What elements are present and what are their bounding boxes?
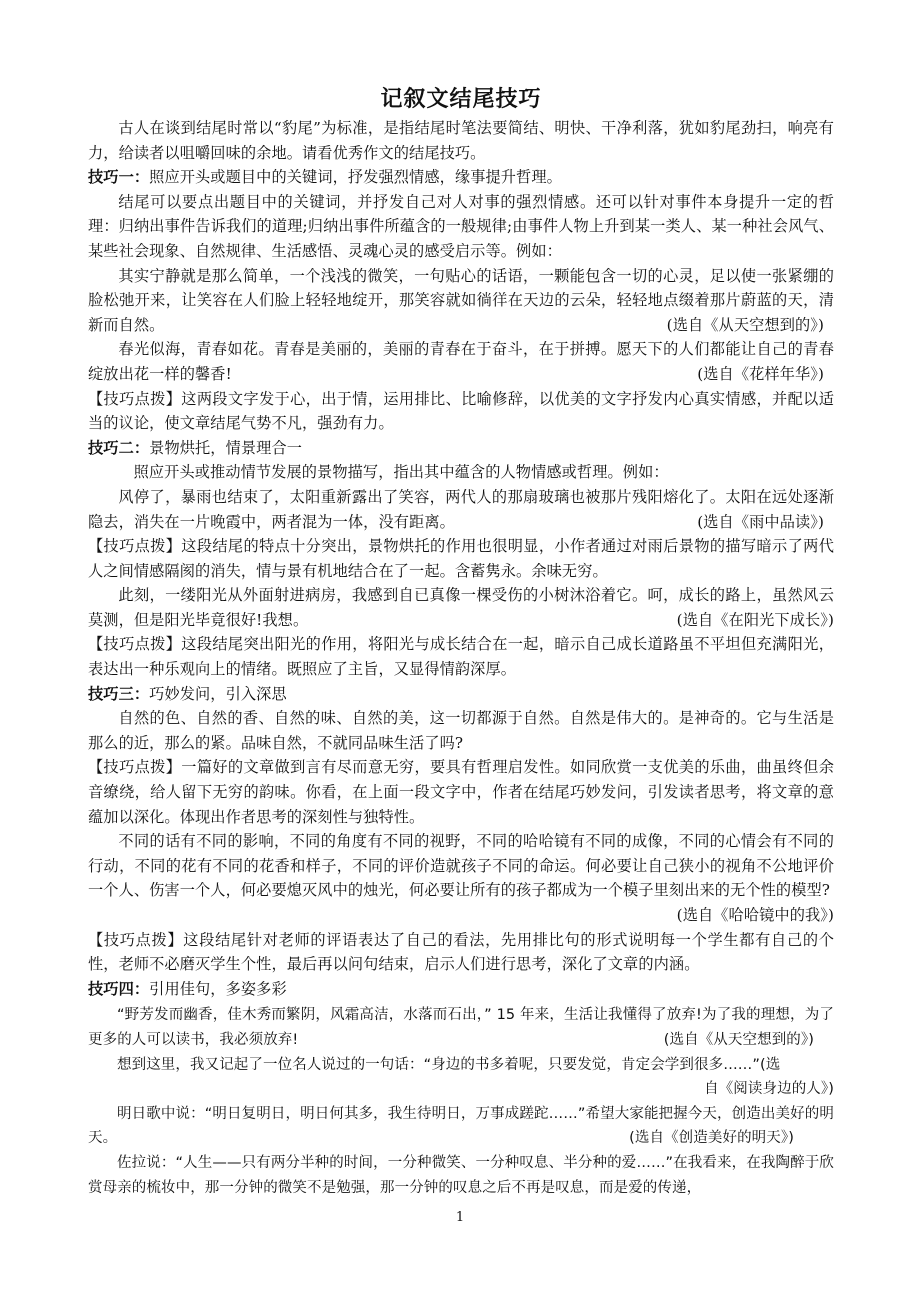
example-source: (选自《从天空想到的》): [636, 313, 824, 338]
example-paragraph: “野芳发而幽香，佳木秀而繁阴，风霜高洁，水落而石出，” 15 年来，生活让我懂得…: [88, 1003, 834, 1052]
section-heading-text: 照应开头或题目中的关键词，抒发强烈情感，缘事提升哲理。: [149, 168, 562, 186]
section-heading-2: 技巧二：景物烘托，情景理合一: [88, 436, 834, 461]
example-source: (选自《创造美好的明天》): [600, 1126, 794, 1151]
section-heading-4: 技巧四：引用佳句，多姿多彩: [88, 977, 834, 1002]
section-label: 技巧三：: [88, 685, 149, 703]
section-heading-text: 巧妙发问，引入深思: [149, 685, 287, 703]
section-heading-3: 技巧三：巧妙发问，引入深思: [88, 682, 834, 707]
example-text: 不同的话有不同的影响，不同的角度有不同的视野，不同的哈哈镜有不同的成像，不同的心…: [88, 832, 834, 899]
section-heading-1: 技巧一：照应开头或题目中的关键词，抒发强烈情感，缘事提升哲理。: [88, 165, 834, 190]
example-paragraph: 想到这里，我又记起了一位名人说过的一句话：“身边的书多着呢，只要发觉，肯定会学到…: [88, 1053, 834, 1078]
intro-paragraph: 古人在谈到结尾时常以“豹尾”为标准，是指结尾时笔法要简结、明快、干净利落，犹如豹…: [88, 116, 834, 165]
example-source: (选自《在阳光下成长》): [646, 608, 834, 633]
example-source: (选自《哈哈镜中的我》): [646, 903, 834, 928]
example-paragraph: 佐拉说：“人生——只有两分半种的时间，一分种微笑、一分种叹息、半分种的爱……”在…: [88, 1151, 834, 1200]
page-number: 1: [0, 1210, 920, 1225]
tip-paragraph: 【技巧点拨】这两段文字发于心，出于情，运用排比、比喻修辞，以优美的文字抒发内心真…: [88, 387, 834, 436]
section-heading-text: 引用佳句，多姿多彩: [149, 980, 287, 998]
tip-paragraph: 【技巧点拨】这段结尾突出阳光的作用，将阳光与成长结合在一起，暗示自己成长道路虽不…: [88, 632, 834, 681]
section-explanation: 照应开头或推动情节发展的景物描写，指出其中蕴含的人物情感或哲理。例如：: [88, 460, 834, 485]
example-source: (选自《从天空想到的》): [635, 1028, 814, 1053]
example-paragraph: 风停了，暴雨也结束了，太阳重新露出了笑容，两代人的那扇玻璃也被那片残阳熔化了。太…: [88, 485, 834, 534]
example-paragraph: 其实宁静就是那么简单，一个浅浅的微笑，一句贴心的话语，一颗能包含一切的心灵，足以…: [88, 264, 834, 338]
example-text: 想到这里，我又记起了一位名人说过的一句话：“身边的书多着呢，只要发觉，肯定会学到…: [117, 1057, 780, 1073]
section-label: 技巧一：: [88, 168, 149, 186]
section-heading-text: 景物烘托，情景理合一: [149, 439, 302, 457]
section-label: 技巧四：: [88, 980, 149, 998]
example-paragraph: 明日歌中说：“明日复明日，明日何其多，我生待明日，万事成蹉跎……”希望大家能把握…: [88, 1102, 834, 1151]
example-paragraph: 此刻，一缕阳光从外面射进病房，我感到自已真像一棵受伤的小树沐浴着它。呵，成长的路…: [88, 583, 834, 632]
tip-paragraph: 【技巧点拨】这段结尾的特点十分突出，景物烘托的作用也很明显，小作者通过对雨后景物…: [88, 534, 834, 583]
example-paragraph: 自然的色、自然的香、自然的味、自然的美，这一切都源于自然。自然是伟大的。是神奇的…: [88, 706, 834, 755]
document-page: 记叙文结尾技巧 古人在谈到结尾时常以“豹尾”为标准，是指结尾时笔法要简结、明快、…: [88, 84, 834, 1200]
example-source: (选自《雨中品读》): [667, 510, 824, 535]
document-title: 记叙文结尾技巧: [88, 84, 834, 116]
section-label: 技巧二：: [88, 439, 149, 457]
tip-paragraph: 【技巧点拨】一篇好的文章做到言有尽而意无穷，要具有哲理启发性。如同欣赏一支优美的…: [88, 755, 834, 829]
example-source: 自《阅读身边的人》): [88, 1077, 834, 1102]
example-paragraph: 春光似海，青春如花。青春是美丽的，美丽的青春在于奋斗，在于拼搏。愿天下的人们都能…: [88, 337, 834, 386]
example-paragraph: 不同的话有不同的影响，不同的角度有不同的视野，不同的哈哈镜有不同的成像，不同的心…: [88, 829, 834, 903]
example-source: (选自《花样年华》): [667, 362, 824, 387]
section-explanation: 结尾可以要点出题目中的关键词，并抒发自己对人对事的强烈情感。还可以针对事件本身提…: [88, 190, 834, 264]
tip-paragraph: 【技巧点拨】这段结尾针对老师的评语表达了自己的看法，先用排比句的形式说明每一个学…: [88, 928, 834, 977]
